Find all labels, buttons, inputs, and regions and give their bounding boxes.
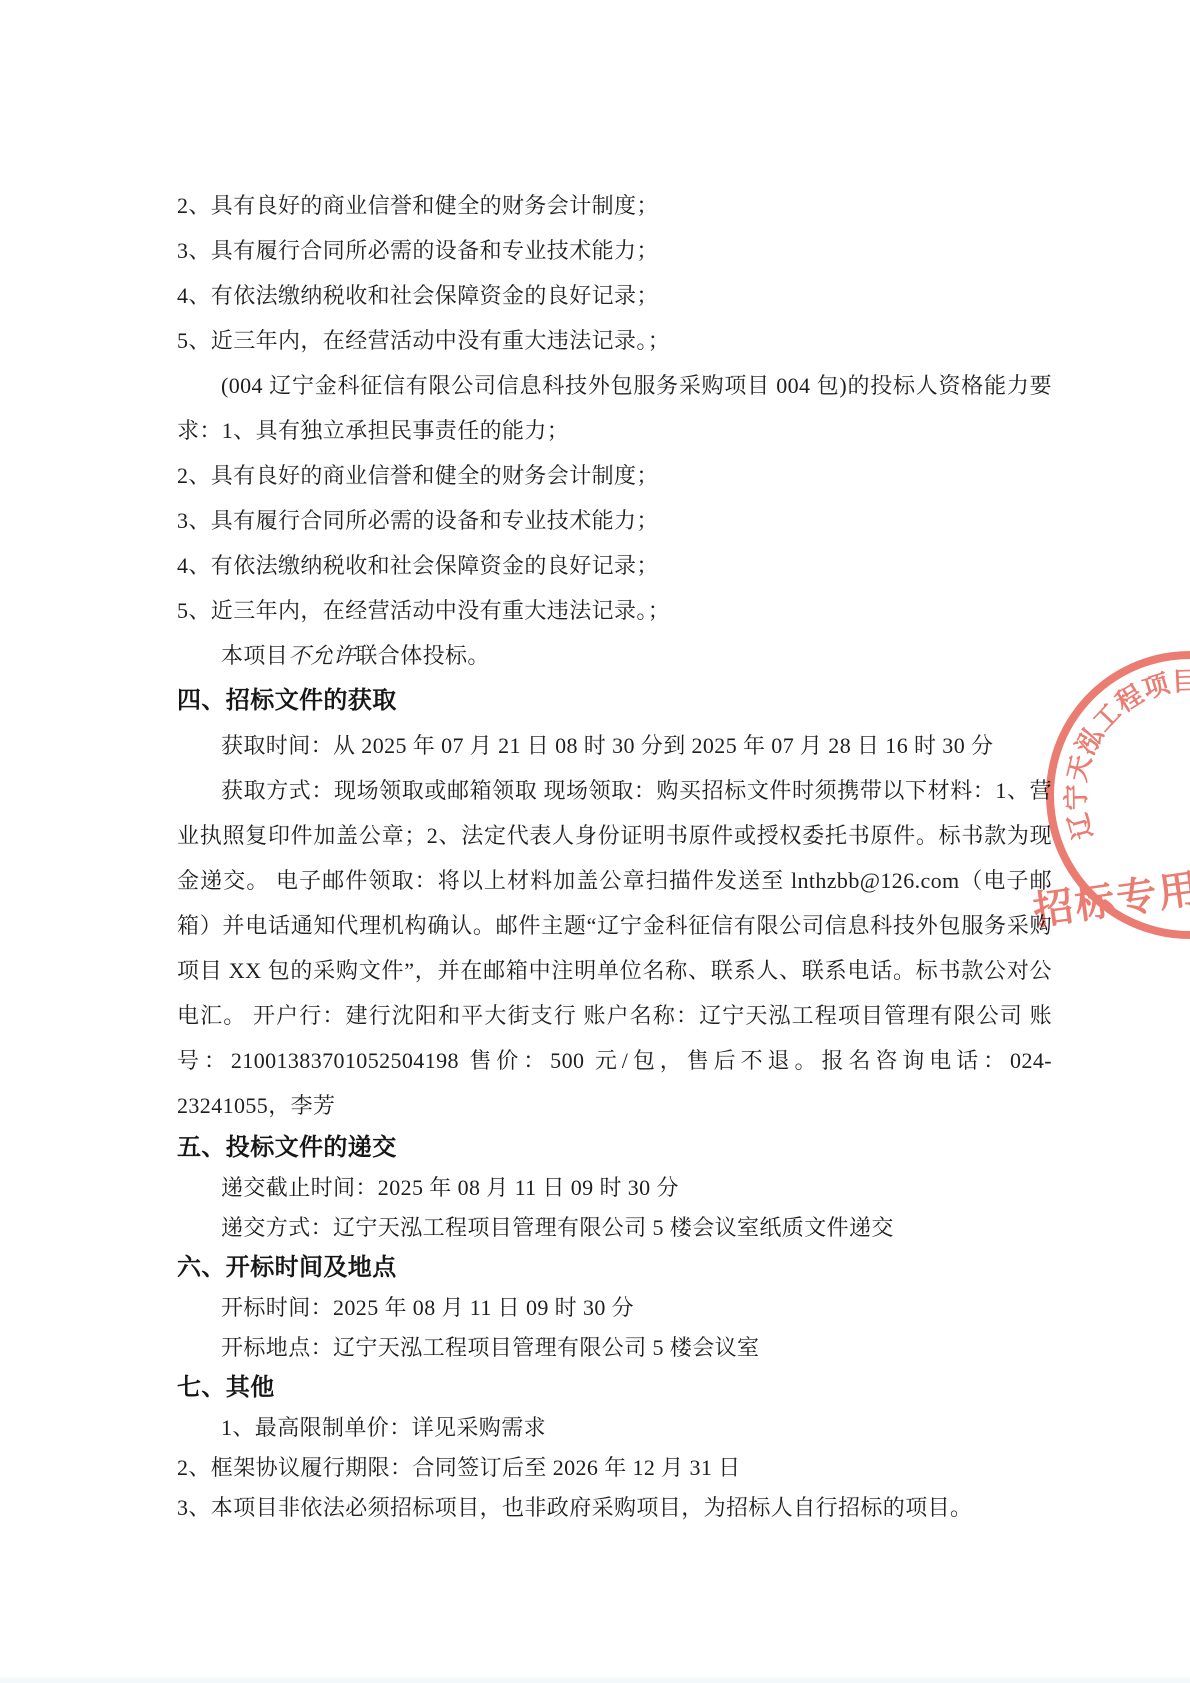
document-content: 2、具有良好的商业信誉和健全的财务会计制度；3、具有履行合同所必需的设备和专业技… bbox=[177, 183, 1052, 1528]
doc-paragraph: 本项目不允许联合体投标。 bbox=[177, 633, 1052, 678]
doc-list-item: 3、本项目非依法必须招标项目，也非政府采购项目，为招标人自行招标的项目。 bbox=[177, 1488, 1052, 1528]
doc-list-item: 3、具有履行合同所必需的设备和专业技术能力； bbox=[177, 498, 1052, 543]
text-run: 本项目 bbox=[221, 643, 288, 668]
section-heading: 五、投标文件的递交 bbox=[177, 1128, 1052, 1168]
italic-emphasis: 不允许 bbox=[288, 643, 355, 668]
section-heading: 七、其他 bbox=[177, 1368, 1052, 1408]
section-qualifications-and-acquisition: 2、具有良好的商业信誉和健全的财务会计制度；3、具有履行合同所必需的设备和专业技… bbox=[177, 183, 1052, 1128]
doc-paragraph: 1、最高限制单价：详见采购需求 bbox=[177, 1408, 1052, 1448]
seal-ring bbox=[1032, 637, 1190, 953]
section-heading: 六、开标时间及地点 bbox=[177, 1248, 1052, 1288]
doc-paragraph: 递交方式：辽宁天泓工程项目管理有限公司 5 楼会议室纸质文件递交 bbox=[177, 1208, 1052, 1248]
doc-paragraph: (004 辽宁金科征信有限公司信息科技外包服务采购项目 004 包)的投标人资格… bbox=[177, 363, 1052, 453]
doc-list-item: 2、具有良好的商业信誉和健全的财务会计制度； bbox=[177, 183, 1052, 228]
doc-list-item: 5、近三年内，在经营活动中没有重大违法记录。； bbox=[177, 588, 1052, 633]
doc-paragraph: 开标地点：辽宁天泓工程项目管理有限公司 5 楼会议室 bbox=[177, 1328, 1052, 1368]
section-submission-opening-other: 五、投标文件的递交递交截止时间：2025 年 08 月 11 日 09 时 30… bbox=[177, 1128, 1052, 1528]
doc-paragraph: 递交截止时间：2025 年 08 月 11 日 09 时 30 分 bbox=[177, 1168, 1052, 1208]
doc-list-item: 2、具有良好的商业信誉和健全的财务会计制度； bbox=[177, 453, 1052, 498]
section-heading: 四、招标文件的获取 bbox=[177, 678, 1052, 723]
doc-list-item: 4、有依法缴纳税收和社会保障资金的良好记录； bbox=[177, 543, 1052, 588]
doc-paragraph: 获取方式：现场领取或邮箱领取 现场领取：购买招标文件时须携带以下材料：1、营业执… bbox=[177, 768, 1052, 1128]
text-run: 联合体投标。 bbox=[355, 643, 489, 668]
seal-label: 招标专用章 bbox=[1031, 860, 1190, 934]
doc-list-item: 2、框架协议履行期限：合同签订后至 2026 年 12 月 31 日 bbox=[177, 1448, 1052, 1488]
scan-edge-artifact bbox=[0, 1678, 1190, 1683]
seal-ring-text: 辽宁天泓工程项目管理有限公司 bbox=[1044, 648, 1190, 843]
doc-paragraph: 获取时间：从 2025 年 07 月 21 日 08 时 30 分到 2025 … bbox=[177, 723, 1052, 768]
doc-list-item: 5、近三年内，在经营活动中没有重大违法记录。； bbox=[177, 318, 1052, 363]
doc-list-item: 3、具有履行合同所必需的设备和专业技术能力； bbox=[177, 228, 1052, 273]
document-page: 2、具有良好的商业信誉和健全的财务会计制度；3、具有履行合同所必需的设备和专业技… bbox=[0, 0, 1190, 1683]
doc-paragraph: 开标时间：2025 年 08 月 11 日 09 时 30 分 bbox=[177, 1288, 1052, 1328]
doc-list-item: 4、有依法缴纳税收和社会保障资金的良好记录； bbox=[177, 273, 1052, 318]
